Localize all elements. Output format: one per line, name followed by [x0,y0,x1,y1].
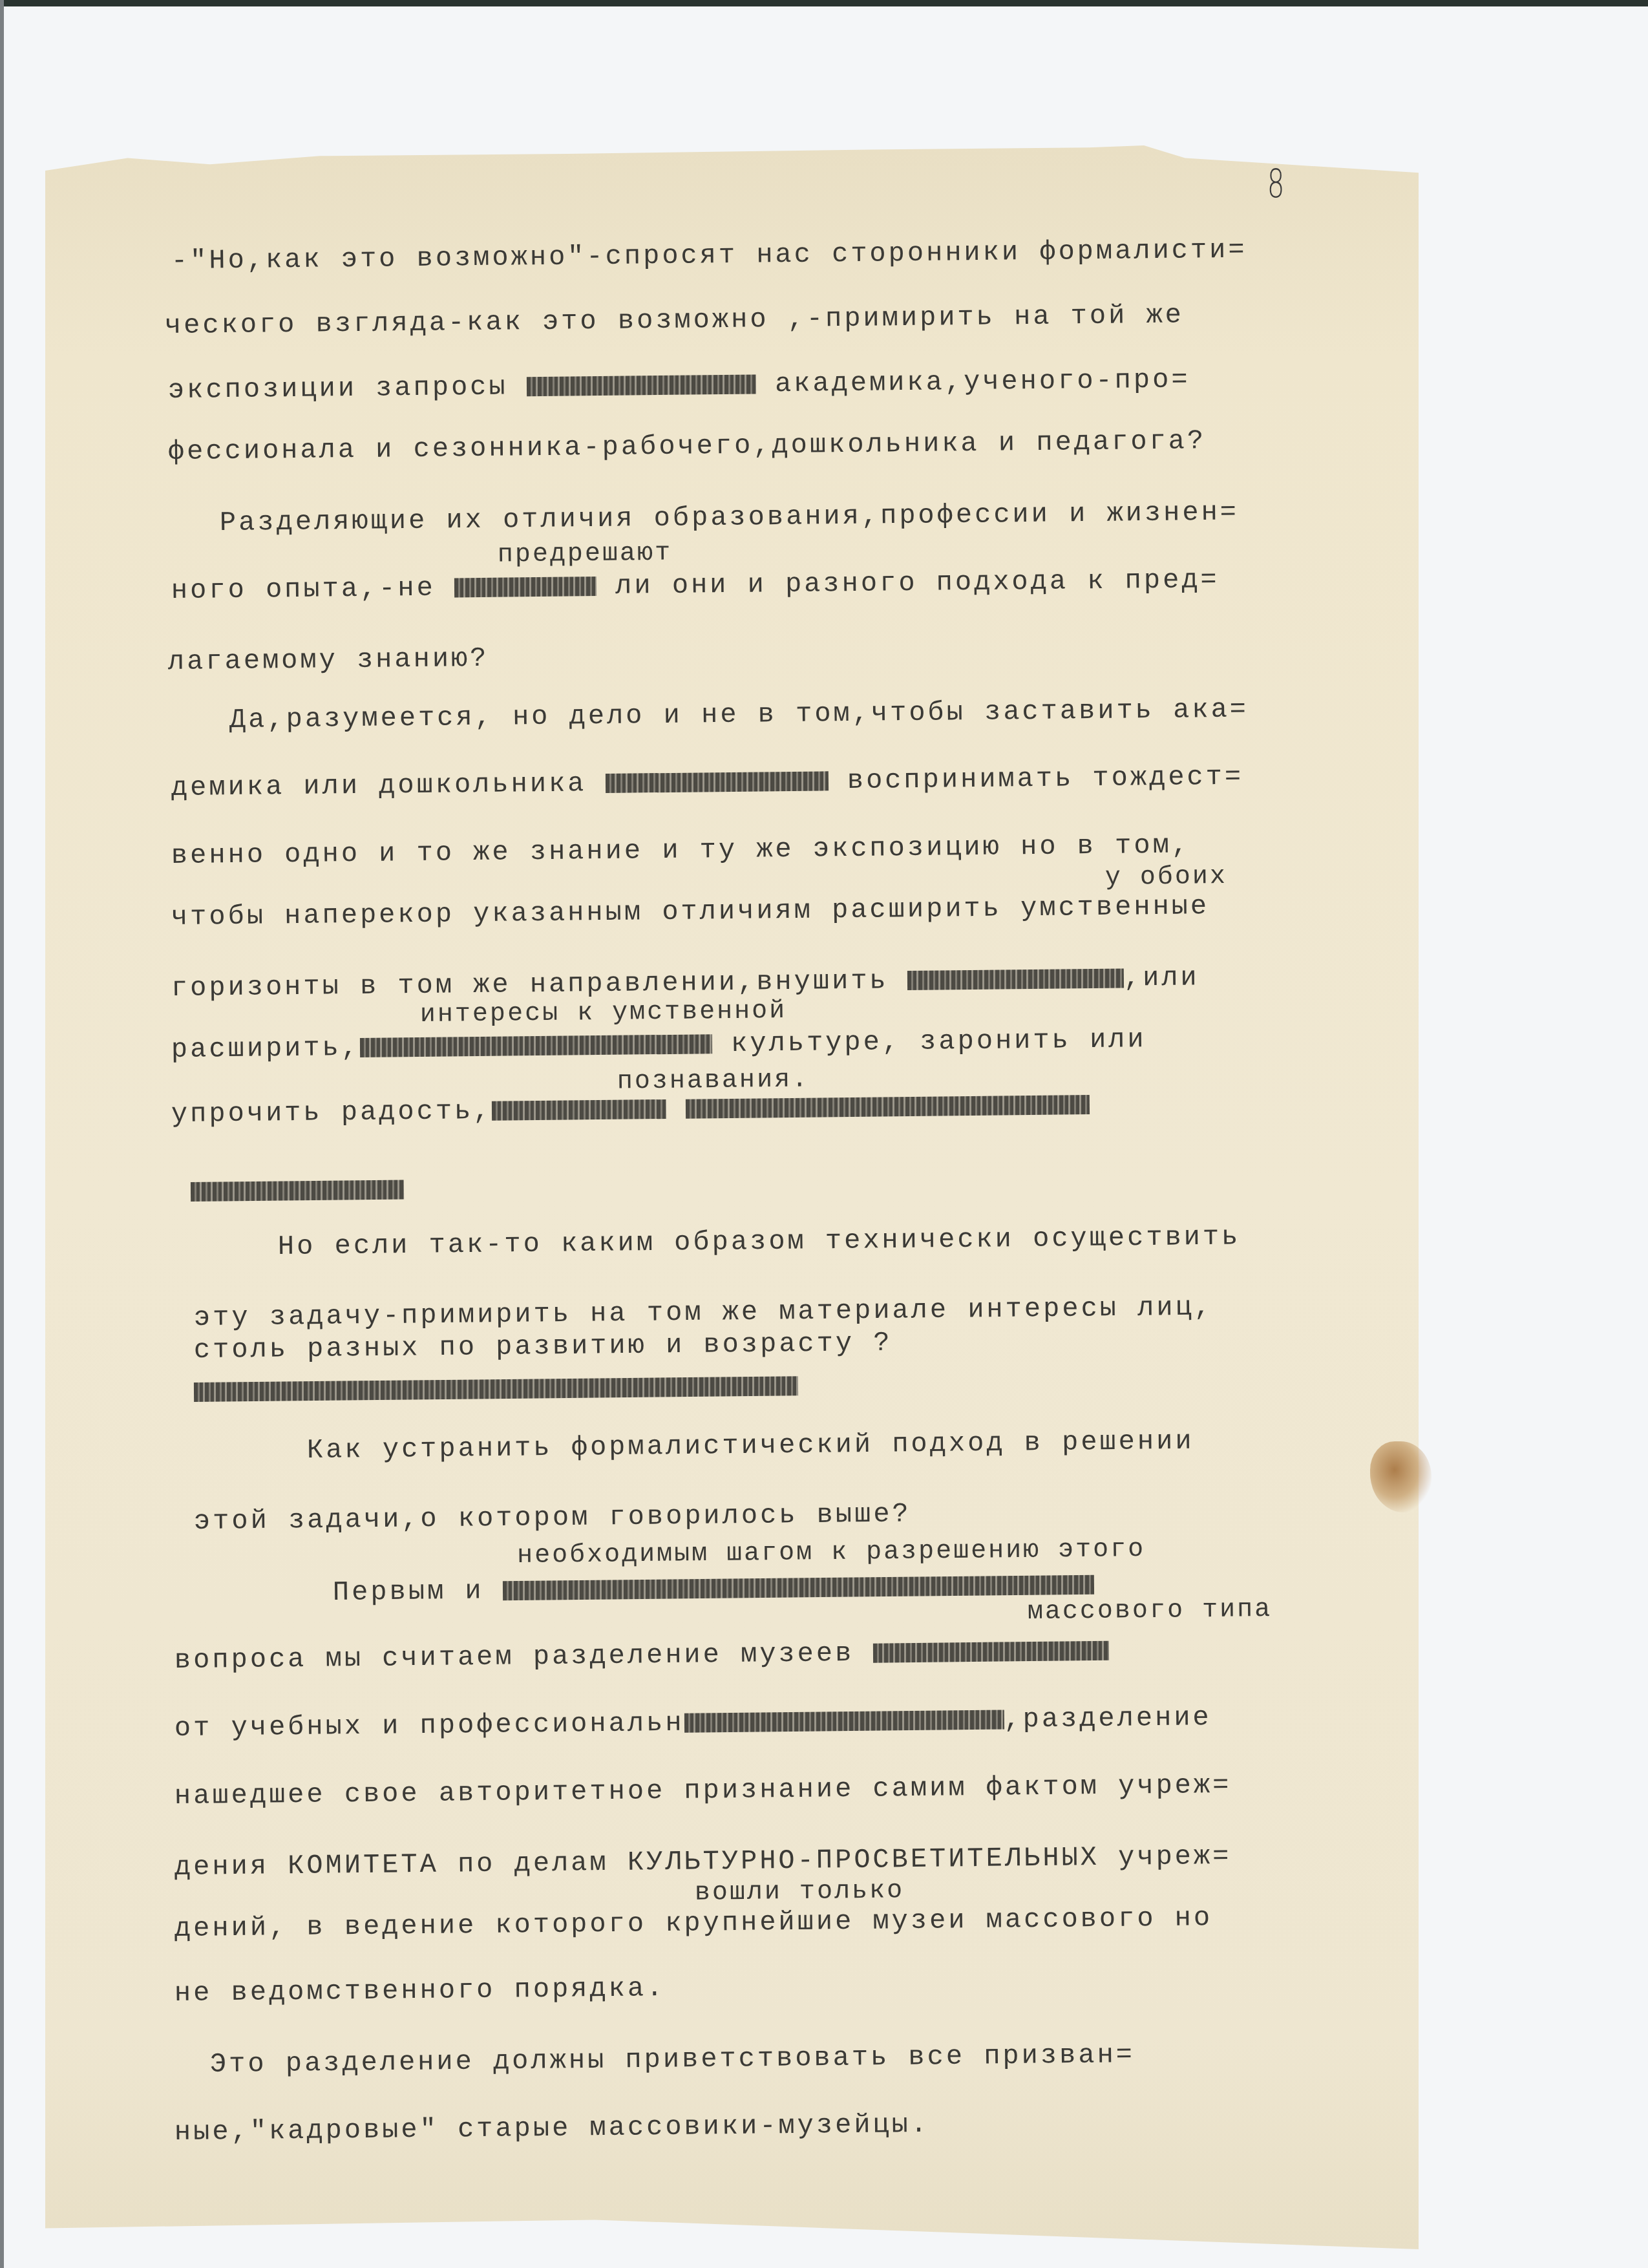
text-fragment: ,или [1124,962,1199,993]
struck-out-text [606,771,829,793]
handwritten-page-number: 8 [1267,162,1285,207]
text-fragment: ли они и разного подхода к пред= [597,564,1220,602]
text-line: лагаемому знанию? [168,643,489,677]
typed-insertion: интересы к умственной [420,997,787,1030]
text-fragment: культуре, заронить или [712,1024,1146,1059]
text-fragment: расширить, [171,1032,361,1065]
text-line: не ведомственного порядка. [174,1973,666,2009]
text-fragment: упрочить радость, [171,1096,492,1130]
text-fragment: академика,ученого-про= [756,364,1190,399]
typed-insertion: массового типа [1028,1595,1273,1627]
struck-out-text [194,1376,798,1402]
scanner-edge-left [0,0,4,2268]
typed-insertion: вошли только [695,1876,905,1907]
struck-out-text [872,1641,1108,1663]
struck-out-text [686,1095,1090,1119]
struck-out-text [684,1710,1004,1733]
typed-insertion: предрешают [498,539,673,570]
text-fragment: экспозиции запросы [168,371,527,406]
scanner-edge-top [0,0,1648,6]
text-fragment: от учебных и профессиональн [174,1708,684,1744]
struck-out-text [191,1180,404,1202]
text-line [191,1174,404,1207]
struck-out-text [492,1099,666,1121]
struck-out-text [503,1575,1094,1601]
text-fragment: демика или дошкольника [171,768,606,803]
struck-out-text [454,577,597,597]
text-fragment: ного опыта,-не [171,572,455,606]
text-fragment: ,разделение [1004,1702,1212,1735]
text-fragment: Первым и [333,1575,503,1608]
struck-out-text [907,969,1124,991]
text-fragment: воспринимать тождест= [828,761,1243,797]
struck-out-text [527,374,756,396]
struck-out-text [360,1034,712,1057]
typed-insertion: у обоих [1105,862,1227,893]
text-line [194,1370,798,1408]
